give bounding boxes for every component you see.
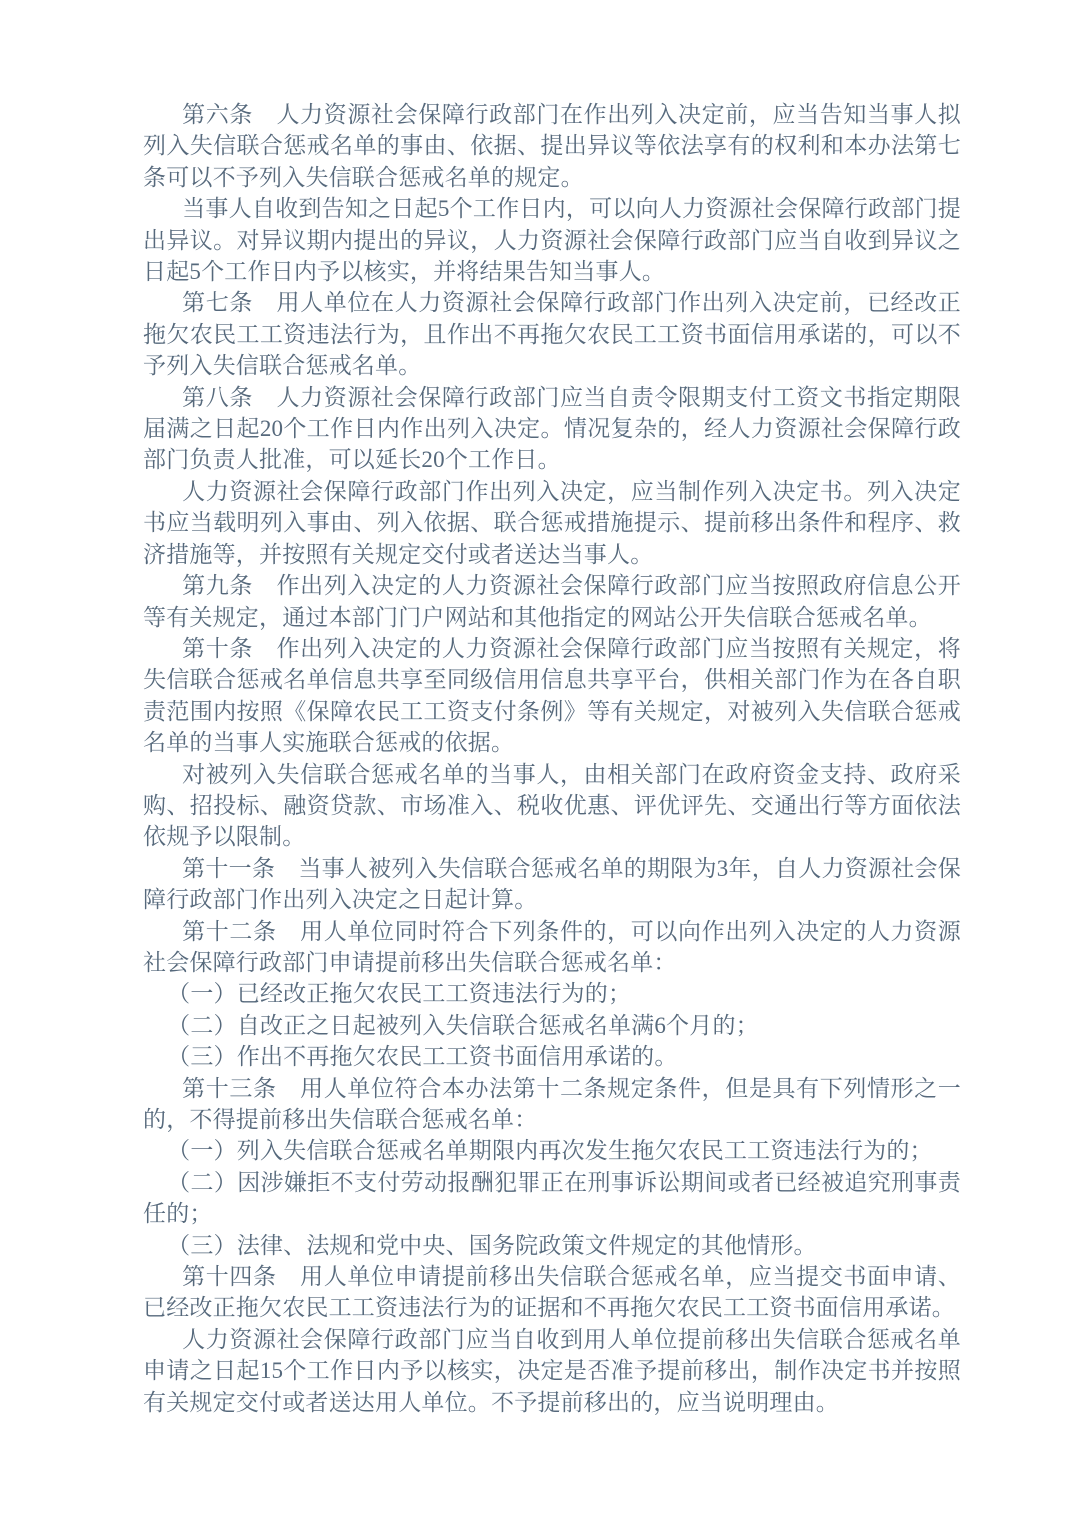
- para-article-10-cont: 对被列入失信联合惩戒名单的当事人，由相关部门在政府资金支持、政府采购、招投标、融…: [143, 759, 961, 853]
- para-article-14: 第十四条 用人单位申请提前移出失信联合惩戒名单，应当提交书面申请、已经改正拖欠农…: [143, 1261, 961, 1324]
- para-article-8-cont: 人力资源社会保障行政部门作出列入决定，应当制作列入决定书。列入决定书应当载明列入…: [143, 476, 961, 570]
- para-article-14-cont: 人力资源社会保障行政部门应当自收到用人单位提前移出失信联合惩戒名单申请之日起15…: [143, 1324, 961, 1418]
- para-article-12: 第十二条 用人单位同时符合下列条件的，可以向作出列入决定的人力资源社会保障行政部…: [143, 916, 961, 979]
- para-article-12-item-3: （三）作出不再拖欠农民工工资书面信用承诺的。: [143, 1041, 961, 1072]
- para-article-13: 第十三条 用人单位符合本办法第十二条规定条件，但是具有下列情形之一的，不得提前移…: [143, 1073, 961, 1136]
- para-article-13-item-2: （二）因涉嫌拒不支付劳动报酬犯罪正在刑事诉讼期间或者已经被追究刑事责任的；: [143, 1167, 961, 1230]
- para-article-13-item-3: （三）法律、法规和党中央、国务院政策文件规定的其他情形。: [143, 1230, 961, 1261]
- para-article-12-item-2: （二）自改正之日起被列入失信联合惩戒名单满6个月的；: [143, 1010, 961, 1041]
- para-article-6-cont: 当事人自收到告知之日起5个工作日内，可以向人力资源社会保障行政部门提出异议。对异…: [143, 193, 961, 287]
- para-article-10: 第十条 作出列入决定的人力资源社会保障行政部门应当按照有关规定，将失信联合惩戒名…: [143, 633, 961, 759]
- para-article-12-item-1: （一）已经改正拖欠农民工工资违法行为的；: [143, 978, 961, 1009]
- document-text-block: 第六条 人力资源社会保障行政部门在作出列入决定前，应当告知当事人拟列入失信联合惩…: [143, 99, 961, 1418]
- para-article-11: 第十一条 当事人被列入失信联合惩戒名单的期限为3年，自人力资源社会保障行政部门作…: [143, 853, 961, 916]
- para-article-7: 第七条 用人单位在人力资源社会保障行政部门作出列入决定前，已经改正拖欠农民工工资…: [143, 287, 961, 381]
- para-article-8: 第八条 人力资源社会保障行政部门应当自责令限期支付工资文书指定期限届满之日起20…: [143, 382, 961, 476]
- para-article-13-item-1: （一）列入失信联合惩戒名单期限内再次发生拖欠农民工工资违法行为的；: [143, 1135, 961, 1166]
- para-article-6: 第六条 人力资源社会保障行政部门在作出列入决定前，应当告知当事人拟列入失信联合惩…: [143, 99, 961, 193]
- para-article-9: 第九条 作出列入决定的人力资源社会保障行政部门应当按照政府信息公开等有关规定，通…: [143, 570, 961, 633]
- document-page: 第六条 人力资源社会保障行政部门在作出列入决定前，应当告知当事人拟列入失信联合惩…: [0, 0, 1074, 1520]
